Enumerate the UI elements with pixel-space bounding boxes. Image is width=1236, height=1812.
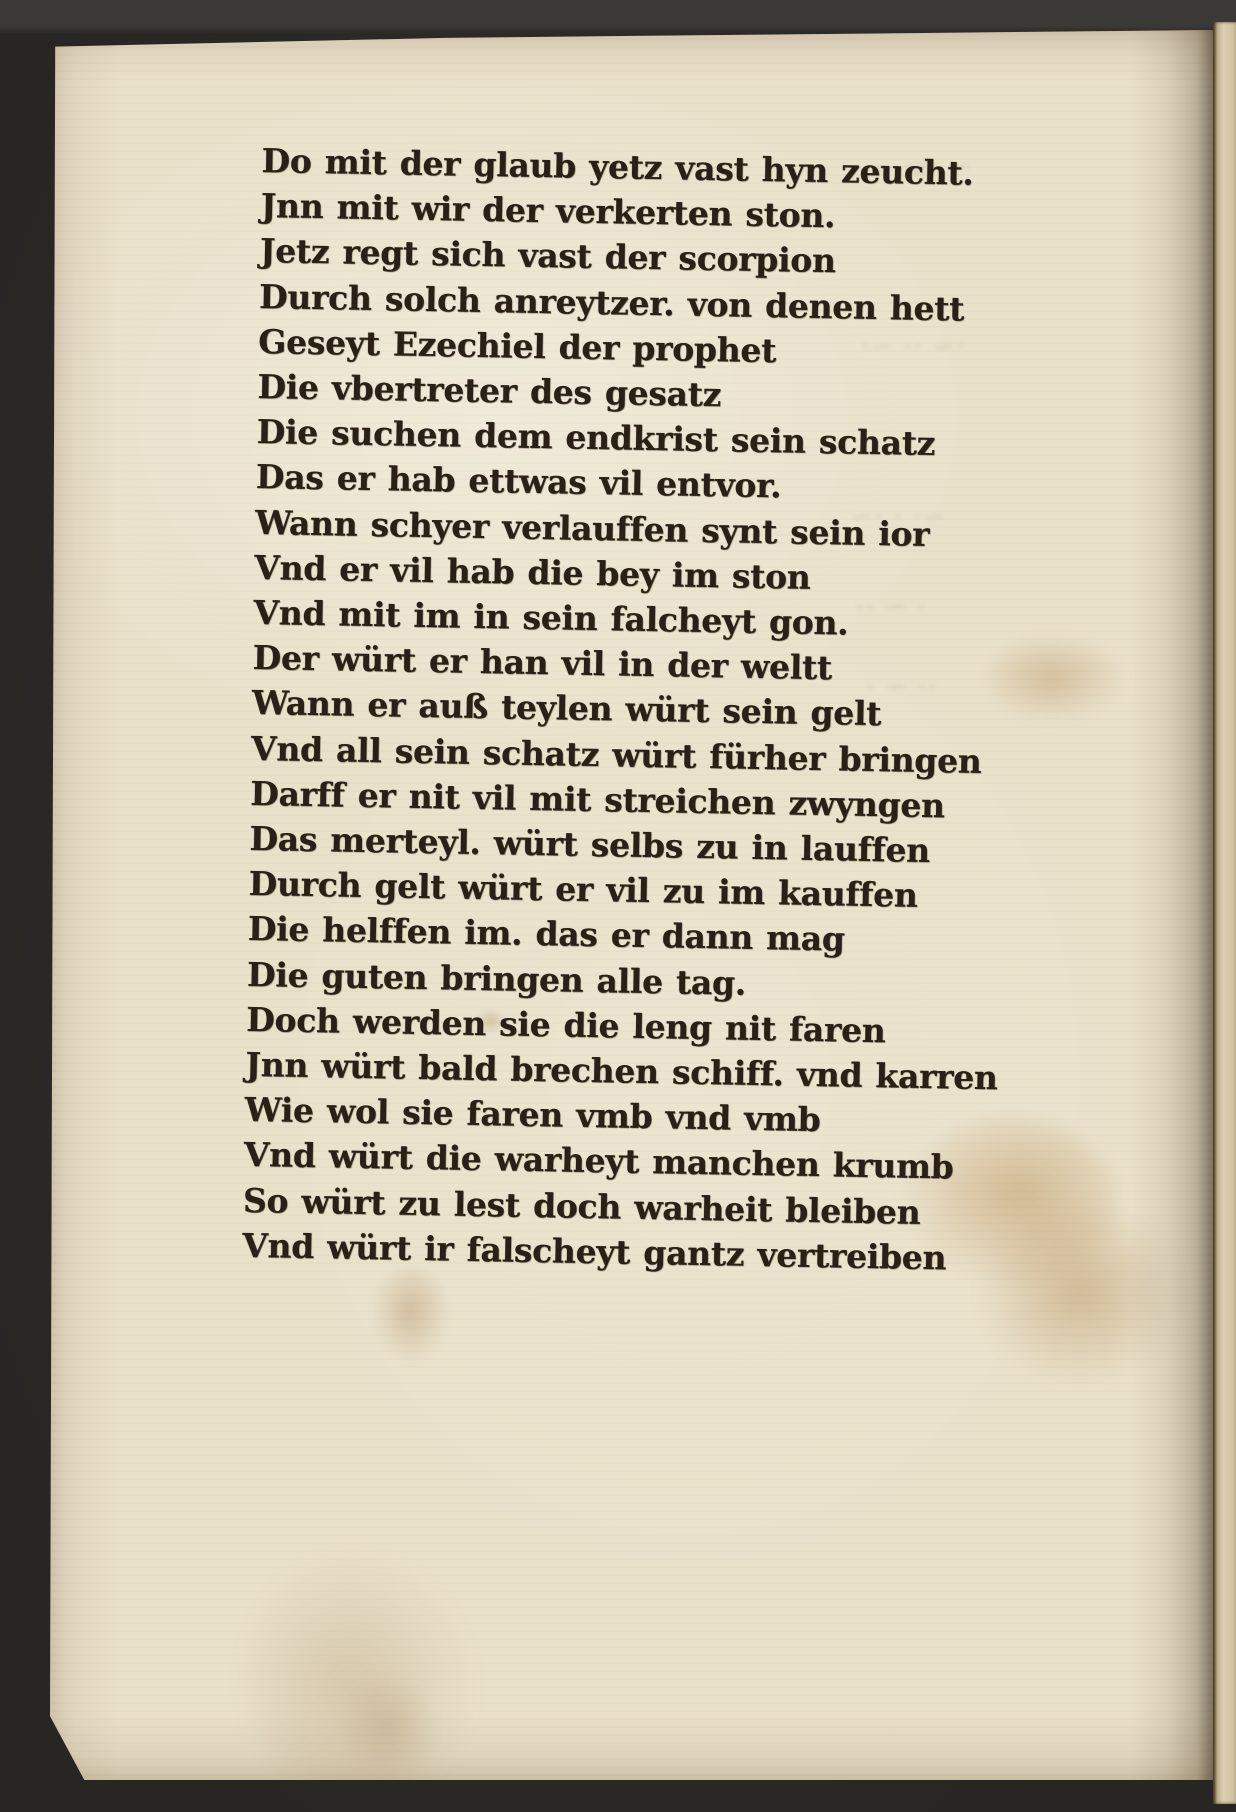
- paper-stain: [372, 1268, 450, 1364]
- gutter-shadow: [1130, 30, 1214, 1780]
- paper-stain: [246, 1550, 476, 1800]
- adjacent-page-edge: [1213, 22, 1236, 1804]
- paper-stain: [338, 1670, 438, 1780]
- book-page: ~ ·s· ~ ·~ ·· ~· ~· · ·~ · ~ ·· ·· ~ · D…: [50, 30, 1214, 1780]
- scan-background: ~ ·s· ~ ·~ ·· ~· ~· · ·~ · ~ ·· ·· ~ · D…: [0, 0, 1236, 1812]
- poem-text-block: Do mit der glaub yetz vast hyn zeucht.Jn…: [242, 138, 1062, 1282]
